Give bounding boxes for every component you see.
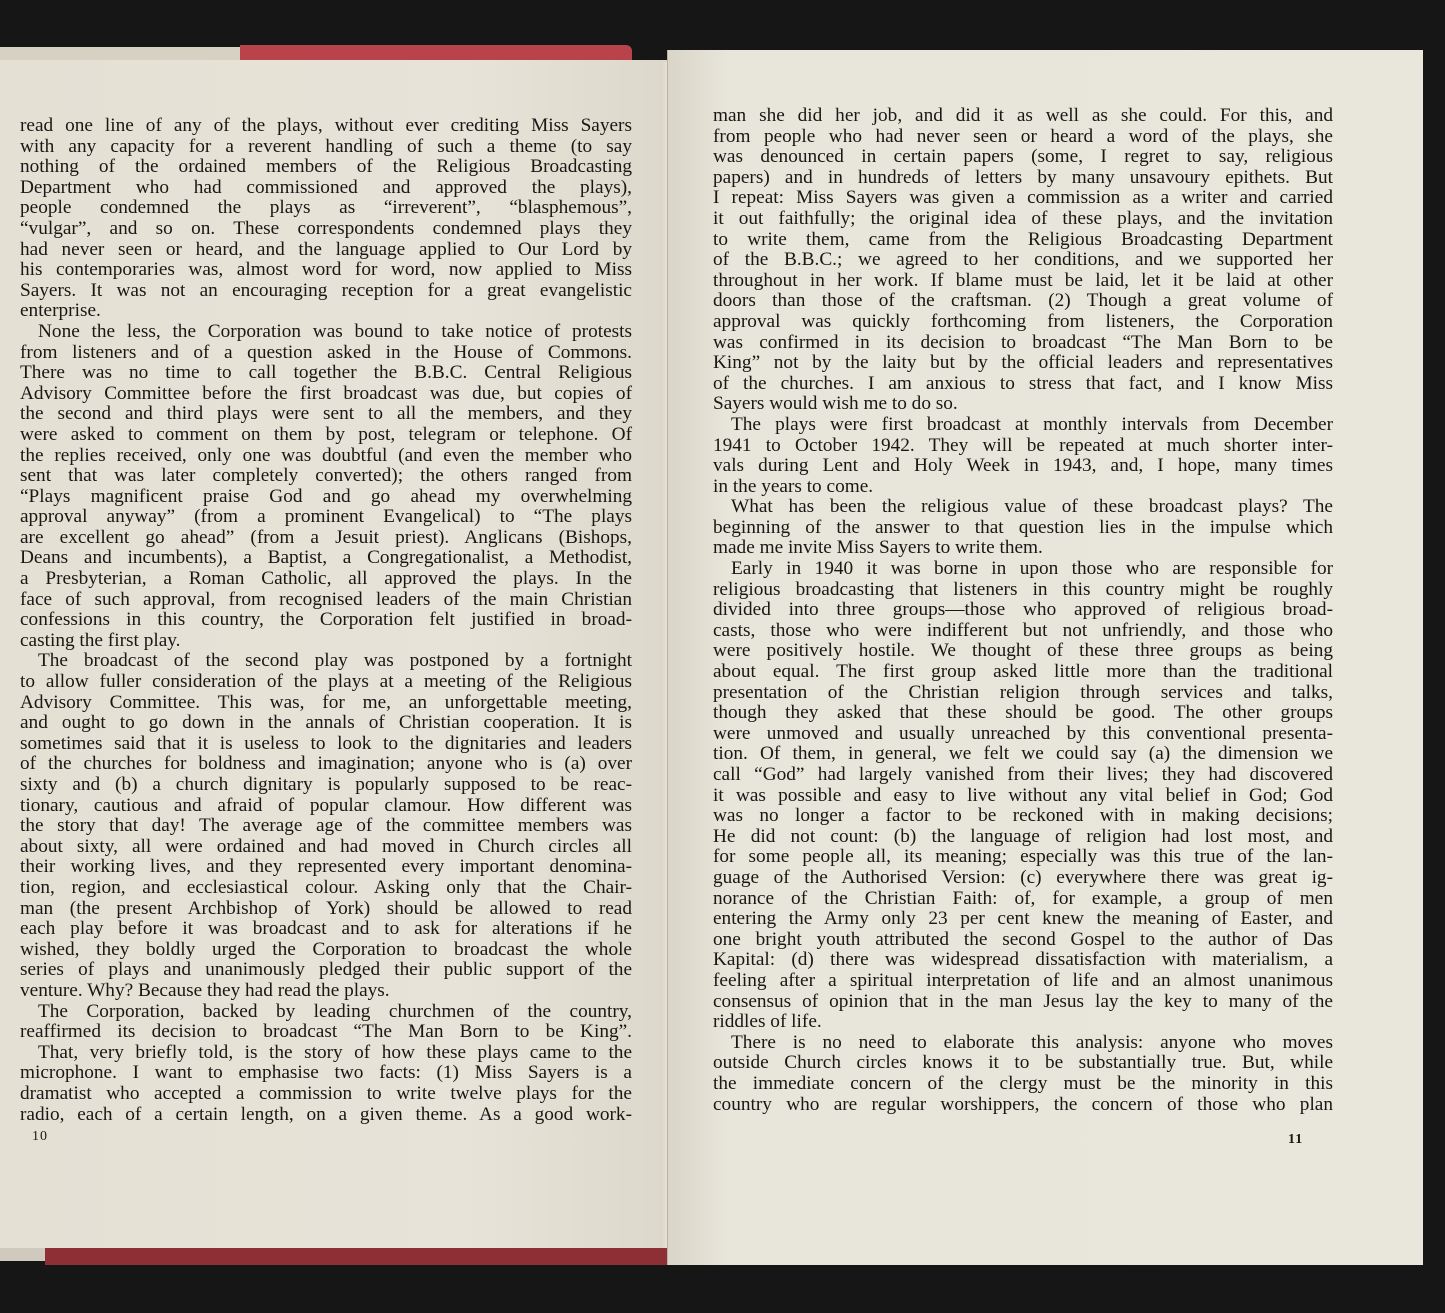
- text-line: venture. Why? Because they had read the …: [20, 981, 632, 1002]
- text-line: sent that was later completely converted…: [20, 466, 632, 487]
- text-line: man she did her job, and did it as well …: [713, 106, 1333, 127]
- text-line: 1941 to October 1942. They will be repea…: [713, 436, 1333, 457]
- text-line: entering the Army only 23 per cent knew …: [713, 909, 1333, 930]
- text-line: the immediate concern of the clergy must…: [713, 1074, 1333, 1095]
- text-line: reaffirmed its decision to broadcast “Th…: [20, 1022, 632, 1043]
- text-line: None the less, the Corporation was bound…: [20, 322, 632, 343]
- text-line: Deans and incumbents), a Baptist, a Cong…: [20, 548, 632, 569]
- text-line: to allow fuller consideration of the pla…: [20, 672, 632, 693]
- text-line: the story that day! The average age of t…: [20, 816, 632, 837]
- text-line: and ought to go down in the annals of Ch…: [20, 713, 632, 734]
- text-line: papers) and in hundreds of letters by ma…: [713, 168, 1333, 189]
- text-line: microphone. I want to emphasise two fact…: [20, 1063, 632, 1084]
- text-line: about sixty, all were ordained and had m…: [20, 837, 632, 858]
- text-line: sometimes said that it is useless to loo…: [20, 734, 632, 755]
- text-line: I repeat: Miss Sayers was given a commis…: [713, 188, 1333, 209]
- text-line: beginning of the answer to that question…: [713, 518, 1333, 539]
- text-line: The plays were first broadcast at monthl…: [713, 415, 1333, 436]
- text-line: “Plays magnificent praise God and go ahe…: [20, 487, 632, 508]
- text-line: tion. Of them, in general, we felt we co…: [713, 744, 1333, 765]
- text-line: radio, each of a certain length, on a gi…: [20, 1105, 632, 1126]
- text-line: feeling after a spiritual interpretation…: [713, 971, 1333, 992]
- text-line: the second and third plays were sent to …: [20, 404, 632, 425]
- text-line: Sayers. It was not an encouraging recept…: [20, 281, 632, 302]
- text-line: sixty and (b) a church dignitary is popu…: [20, 775, 632, 796]
- text-line: with any capacity for a reverent handlin…: [20, 137, 632, 158]
- text-line: “vulgar”, and so on. These correspondent…: [20, 219, 632, 240]
- text-line: one bright youth attributed the second G…: [713, 930, 1333, 951]
- text-line: to write them, came from the Religious B…: [713, 230, 1333, 251]
- text-line: divided into three groups—those who appr…: [713, 600, 1333, 621]
- text-line: nothing of the ordained members of the R…: [20, 157, 632, 178]
- text-line: was denounced in certain papers (some, I…: [713, 147, 1333, 168]
- text-line: riddles of life.: [713, 1012, 1333, 1033]
- text-line: in the years to come.: [713, 477, 1333, 498]
- text-line: He did not count: (b) the language of re…: [713, 827, 1333, 848]
- text-line: casts, those who were indifferent but no…: [713, 621, 1333, 642]
- text-line: their working lives, and they represente…: [20, 857, 632, 878]
- text-line: from people who had never seen or heard …: [713, 127, 1333, 148]
- text-line: man (the present Archbishop of York) sho…: [20, 899, 632, 920]
- text-line: consensus of opinion that in the man Jes…: [713, 992, 1333, 1013]
- text-line: were positively hostile. We thought of t…: [713, 641, 1333, 662]
- text-line: dramatist who accepted a commission to w…: [20, 1084, 632, 1105]
- text-line: throughout in her work. If blame must be…: [713, 271, 1333, 292]
- text-line: King” not by the laity but by the offici…: [713, 353, 1333, 374]
- text-line: of the B.B.C.; we agreed to her conditio…: [713, 250, 1333, 271]
- text-line: Kapital: (d) there was widespread dissat…: [713, 950, 1333, 971]
- text-line: Department who had commissioned and appr…: [20, 178, 632, 199]
- text-line: approval was quickly forthcoming from li…: [713, 312, 1333, 333]
- text-line: from listeners and of a question asked i…: [20, 343, 632, 364]
- text-line: of the churches for boldness and imagina…: [20, 754, 632, 775]
- text-line: Early in 1940 it was borne in upon those…: [713, 559, 1333, 580]
- text-line: outside Church circles knows it to be su…: [713, 1053, 1333, 1074]
- text-line: guage of the Authorised Version: (c) eve…: [713, 868, 1333, 889]
- text-line: What has been the religious value of the…: [713, 497, 1333, 518]
- text-line: of the churches. I am anxious to stress …: [713, 374, 1333, 395]
- text-line: are excellent go ahead” (from a Jesuit p…: [20, 528, 632, 549]
- text-line: each play before it was broadcast and to…: [20, 919, 632, 940]
- text-line: The Corporation, backed by leading churc…: [20, 1002, 632, 1023]
- right-page: man she did her job, and did it as well …: [667, 50, 1423, 1265]
- text-line: Sayers would wish me to do so.: [713, 394, 1333, 415]
- text-line: call “God” had largely vanished from the…: [713, 765, 1333, 786]
- text-line: read one line of any of the plays, witho…: [20, 116, 632, 137]
- left-page-text: read one line of any of the plays, witho…: [20, 116, 632, 1125]
- text-line: confessions in this country, the Corpora…: [20, 610, 632, 631]
- text-line: vals during Lent and Holy Week in 1943, …: [713, 456, 1333, 477]
- text-line: Advisory Committee. This was, for me, an…: [20, 693, 632, 714]
- text-line: presentation of the Christian religion t…: [713, 683, 1333, 704]
- text-line: country who are regular worshippers, the…: [713, 1095, 1333, 1116]
- text-line: The broadcast of the second play was pos…: [20, 651, 632, 672]
- text-line: was no longer a factor to be reckoned wi…: [713, 806, 1333, 827]
- text-line: it was possible and easy to live without…: [713, 786, 1333, 807]
- left-page-number: 10: [32, 1129, 48, 1145]
- text-line: There is no need to elaborate this analy…: [713, 1033, 1333, 1054]
- text-line: face of such approval, from recognised l…: [20, 590, 632, 611]
- text-line: Advisory Committee before the first broa…: [20, 384, 632, 405]
- text-line: were unmoved and usually unreached by th…: [713, 724, 1333, 745]
- right-page-number: 11: [1288, 1132, 1303, 1148]
- text-line: casting the first play.: [20, 631, 632, 652]
- left-page: read one line of any of the plays, witho…: [0, 60, 668, 1248]
- text-line: tionary, cautious and afraid of popular …: [20, 796, 632, 817]
- text-line: people condemned the plays as “irreveren…: [20, 198, 632, 219]
- text-line: a Presbyterian, a Roman Catholic, all ap…: [20, 569, 632, 590]
- text-line: enterprise.: [20, 301, 632, 322]
- text-line: religious broadcasting that listeners in…: [713, 580, 1333, 601]
- right-page-text: man she did her job, and did it as well …: [713, 106, 1333, 1115]
- text-line: for some people all, its meaning; especi…: [713, 847, 1333, 868]
- text-line: though they asked that these should be g…: [713, 703, 1333, 724]
- text-line: approval anyway” (from a prominent Evang…: [20, 507, 632, 528]
- text-line: had never seen or heard, and the languag…: [20, 240, 632, 261]
- text-line: made me invite Miss Sayers to write them…: [713, 538, 1333, 559]
- text-line: was confirmed in its decision to broadca…: [713, 333, 1333, 354]
- text-line: norance of the Christian Faith: of, for …: [713, 889, 1333, 910]
- text-line: There was no time to call together the B…: [20, 363, 632, 384]
- text-line: it out faithfully; the original idea of …: [713, 209, 1333, 230]
- text-line: series of plays and unanimously pledged …: [20, 960, 632, 981]
- text-line: doors than those of the craftsman. (2) T…: [713, 291, 1333, 312]
- text-line: the replies received, only one was doubt…: [20, 446, 632, 467]
- text-line: tion, region, and ecclesiastical colour.…: [20, 878, 632, 899]
- text-line: That, very briefly told, is the story of…: [20, 1043, 632, 1064]
- text-line: were asked to comment on them by post, t…: [20, 425, 632, 446]
- text-line: about equal. The first group asked littl…: [713, 662, 1333, 683]
- text-line: his contemporaries was, almost word for …: [20, 260, 632, 281]
- text-line: wished, they boldly urged the Corporatio…: [20, 940, 632, 961]
